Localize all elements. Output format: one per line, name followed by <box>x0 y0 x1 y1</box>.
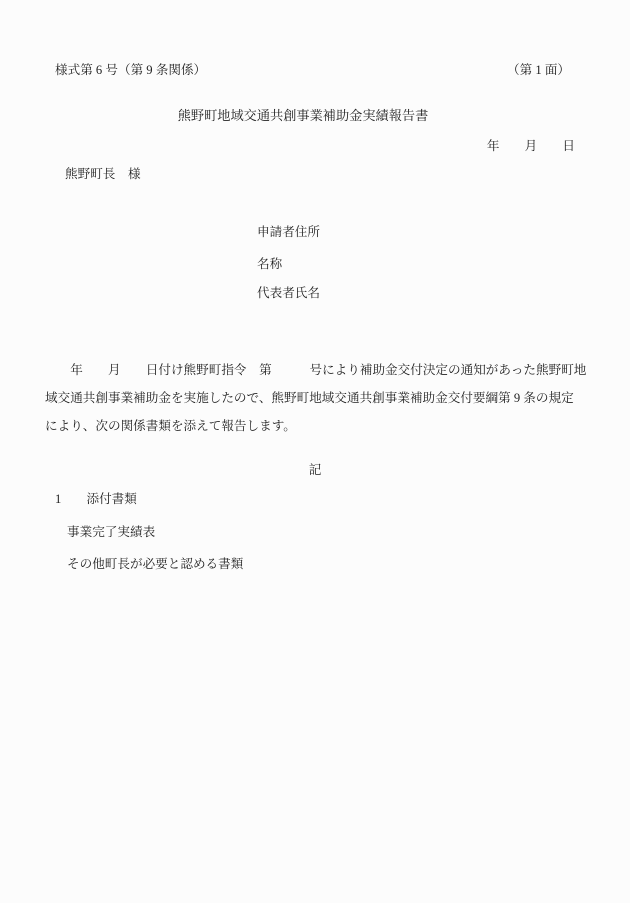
document-page: 様式第 6 号（第 9 条関係） （第 1 面） 熊野町地域交通共創事業補助金実… <box>0 0 630 903</box>
applicant-address-label: 申請者住所 <box>257 226 320 239</box>
recipient-line: 熊野町長 様 <box>65 168 141 181</box>
attachment-item-1: 事業完了実績表 <box>67 526 155 539</box>
applicant-representative-label: 代表者氏名 <box>257 287 320 300</box>
notice-marker: 記 <box>0 464 630 477</box>
body-line-1: 年 月 日付け熊野町指令 第 号により補助金交付決定の通知があった熊野町地 <box>45 364 586 377</box>
document-title: 熊野町地域交通共創事業補助金実績報告書 <box>0 109 606 122</box>
body-line-3: により、次の関係書類を添えて報告します。 <box>45 420 296 433</box>
form-number: 様式第 6 号（第 9 条関係） <box>55 64 206 77</box>
attachment-item-2: その他町長が必要と認める書類 <box>67 558 243 571</box>
applicant-name-label: 名称 <box>257 258 282 271</box>
body-line-2: 域交通共創事業補助金を実施したので、熊野町地域交通共創事業補助金交付要綱第 9 … <box>45 392 574 405</box>
page-marker: （第 1 面） <box>507 64 570 77</box>
attachments-heading: 1 添付書類 <box>55 493 137 506</box>
date-line: 年 月 日 <box>487 140 575 153</box>
